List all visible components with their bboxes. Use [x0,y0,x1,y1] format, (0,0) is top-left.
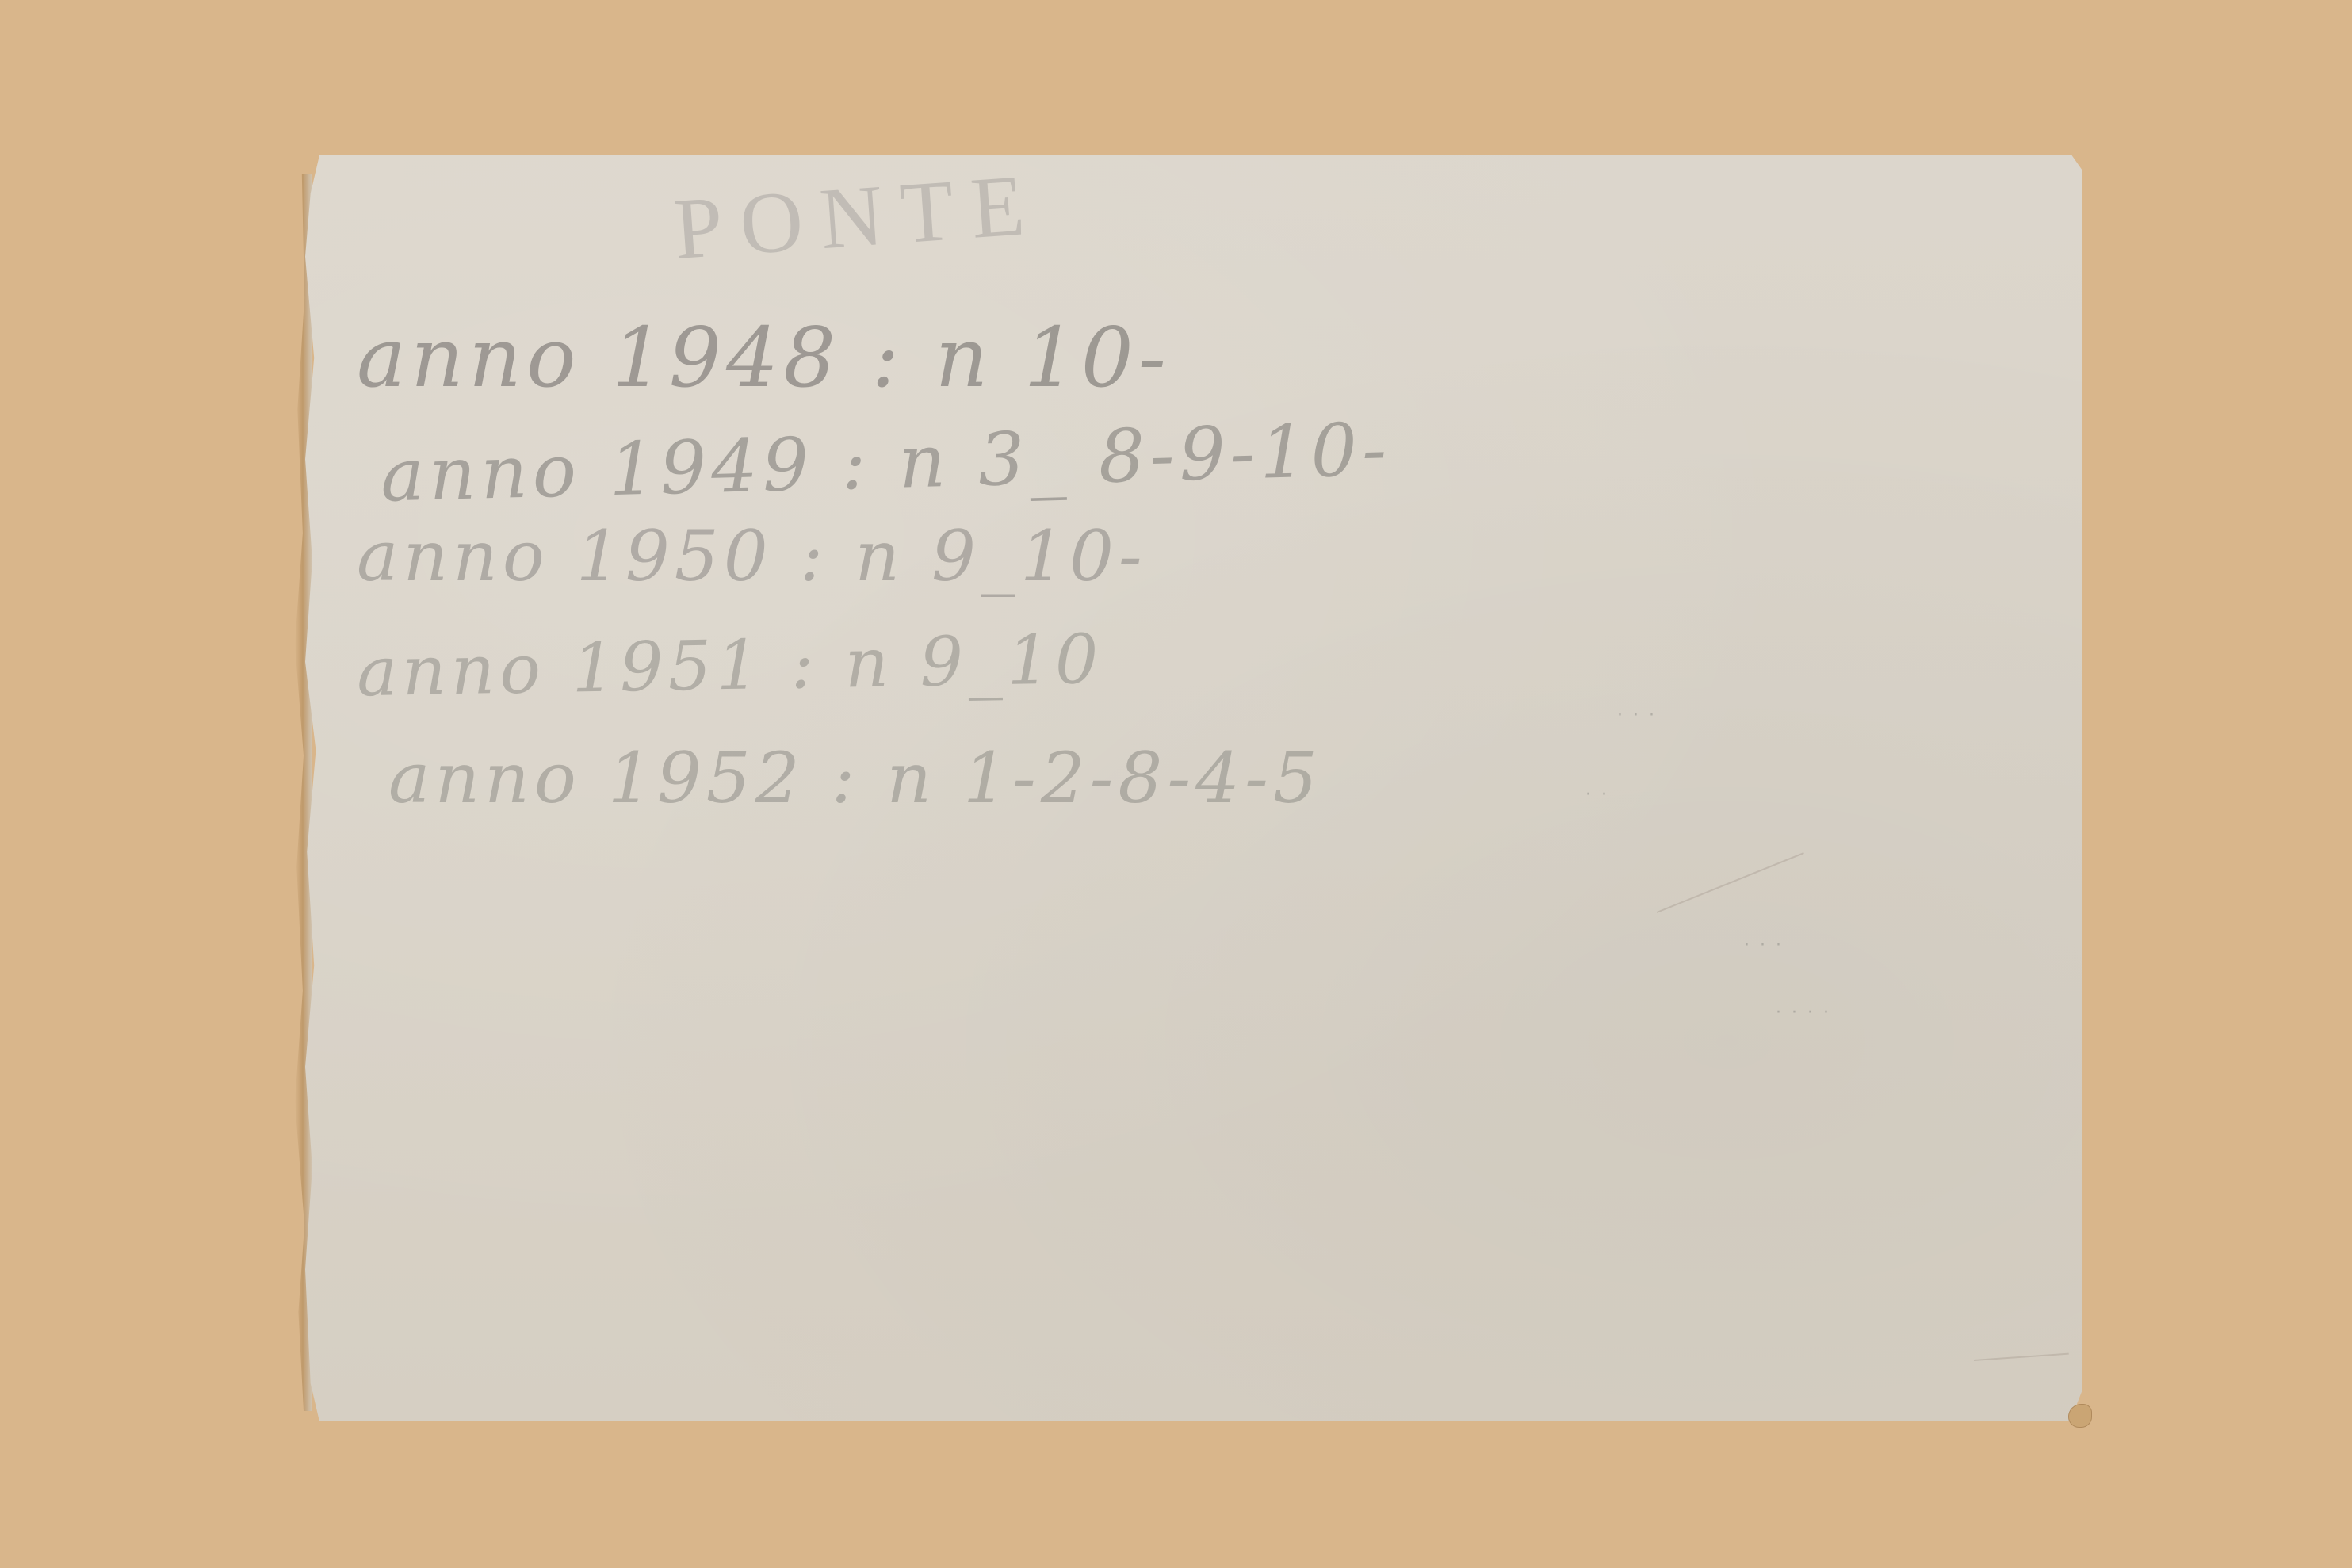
note-line-1951: anno 1951 : n 9_10 [356,620,1103,712]
show-through-mark: · · · · [1776,1003,1831,1023]
folded-corner [2068,1404,2092,1428]
show-through-mark: · · · [1744,935,1784,955]
note-line-1952: anno 1952 : n 1-2-8-4-5 [388,737,1322,819]
show-through-mark: · · · [1617,706,1657,725]
show-through-mark: · · [1585,785,1609,805]
note-line-1948: anno 1948 : n 10- [357,309,1171,406]
note-line-1950: anno 1950 : n 9_10- [357,515,1147,597]
